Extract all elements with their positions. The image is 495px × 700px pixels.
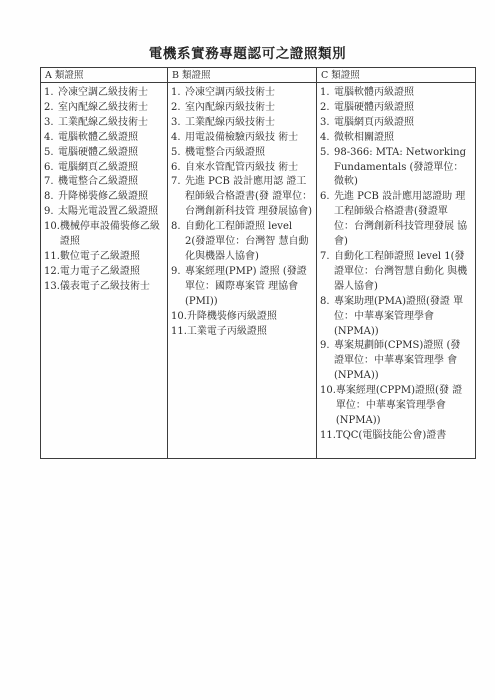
item-text: 電腦硬體丙級證照 xyxy=(334,101,470,116)
item-number: 4. xyxy=(171,131,185,146)
item-text: 用電設備檢驗丙級技 術士 xyxy=(185,131,314,146)
item-number: 3. xyxy=(44,116,58,131)
item-number: 10. xyxy=(44,220,60,235)
item-number: 13. xyxy=(44,280,60,295)
item-number: 3. xyxy=(171,116,185,131)
item-text: TQC(電腦技能公會)證書 xyxy=(336,429,470,444)
list-item: 6. 電腦網頁乙級證照 xyxy=(44,161,165,176)
list-item: 7. 先進 PCB 設計應用認 證工程師級合格證書(發 證單位：台灣創新科技管 … xyxy=(171,175,314,220)
list-item: 11. TQC(電腦技能公會)證書 xyxy=(320,429,470,444)
item-number: 1. xyxy=(320,86,334,101)
item-text: 電腦軟體丙級證照 xyxy=(334,86,470,101)
item-number: 7. xyxy=(320,250,334,265)
list-item: 9. 太陽光電設置乙級證照 xyxy=(44,205,165,220)
list-item: 4. 用電設備檢驗丙級技 術士 xyxy=(171,131,314,146)
item-number: 9. xyxy=(320,339,334,354)
item-number: 10. xyxy=(171,310,187,325)
item-text: 儀表電子乙級技術士 xyxy=(60,280,165,295)
item-number: 8. xyxy=(171,220,185,235)
column-body: 1. 電腦軟體丙級證照 2. 電腦硬體丙級證照 3. 電腦網頁丙級證照 4. 微… xyxy=(317,83,475,458)
list-item: 4. 電腦軟體乙級證照 xyxy=(44,131,165,146)
item-number: 3. xyxy=(320,116,334,131)
column-header: C 類證照 xyxy=(317,68,475,83)
list-item: 11. 數位電子乙級證照 xyxy=(44,250,165,265)
list-item: 10. 升降機裝修丙級證照 xyxy=(171,310,314,325)
item-text: 先進 PCB 設計應用認 證工程師級合格證書(發 證單位：台灣創新科技管 理發展… xyxy=(185,175,314,220)
item-number: 5. xyxy=(44,146,58,161)
item-text: 先進 PCB 設計應用認證助 理工程師級合格證書(發證單 位：台灣創新科技管理發… xyxy=(334,190,470,250)
item-text: 自動化工程師證照 level 1(發證單位：台灣智慧自動化 與機器人協會) xyxy=(334,250,470,295)
list-item: 5. 機電整合丙級證照 xyxy=(171,146,314,161)
item-number: 5. xyxy=(171,146,185,161)
item-number: 11. xyxy=(171,325,187,340)
item-number: 5. xyxy=(320,146,334,161)
item-number: 9. xyxy=(171,265,185,280)
item-number: 9. xyxy=(44,205,58,220)
item-text: 專案經理(CPPM)證照(發 證單位：中華專案管理學會 (NPMA)) xyxy=(336,384,470,429)
item-text: 專案經理(PMP) 證照 (發證單位：國際專案管 理協會(PMI)) xyxy=(185,265,314,310)
list-item: 8. 專案助理(PMA)證照(發證 單位：中華專案管理學會 (NPMA)) xyxy=(320,295,470,340)
column-body: 1. 冷凍空調丙級技術士 2. 室內配線丙級技術士 3. 工業配線丙級技術士 4… xyxy=(168,83,316,458)
list-item: 1. 冷凍空調乙級技術士 xyxy=(44,86,165,101)
list-item: 8. 自動化工程師證照 level 2(發證單位：台灣智 慧自動化與機器人協會) xyxy=(171,220,314,265)
item-text: 升降梯裝修乙級證照 xyxy=(58,190,165,205)
item-text: 升降機裝修丙級證照 xyxy=(187,310,314,325)
item-number: 6. xyxy=(44,161,58,176)
item-number: 2. xyxy=(44,101,58,116)
list-item: 3. 工業配線乙級技術士 xyxy=(44,116,165,131)
item-number: 1. xyxy=(44,86,58,101)
list-item: 7. 自動化工程師證照 level 1(發證單位：台灣智慧自動化 與機器人協會) xyxy=(320,250,470,295)
page-title: 電機系實務專題認可之證照類別 xyxy=(0,42,495,62)
list-item: 5. 98-366: MTA: Networking Fundamentals … xyxy=(320,146,470,191)
column-body: 1. 冷凍空調乙級技術士 2. 室內配線乙級技術士 3. 工業配線乙級技術士 4… xyxy=(41,83,167,458)
list-item: 9. 專案經理(PMP) 證照 (發證單位：國際專案管 理協會(PMI)) xyxy=(171,265,314,310)
list-item: 2. 室內配線乙級技術士 xyxy=(44,101,165,116)
list-item: 8. 升降梯裝修乙級證照 xyxy=(44,190,165,205)
item-text: 專案規劃師(CPMS)證照 (發證單位：中華專案管理學 會 (NPMA)) xyxy=(334,339,470,384)
item-text: 冷凍空調丙級技術士 xyxy=(185,86,314,101)
item-text: 機電整合丙級證照 xyxy=(185,146,314,161)
list-item: 3. 電腦網頁丙級證照 xyxy=(320,116,470,131)
item-number: 1. xyxy=(171,86,185,101)
item-text: 室內配線丙級技術士 xyxy=(185,101,314,116)
list-item: 9. 專案規劃師(CPMS)證照 (發證單位：中華專案管理學 會 (NPMA)) xyxy=(320,339,470,384)
list-item: 1. 冷凍空調丙級技術士 xyxy=(171,86,314,101)
item-number: 4. xyxy=(44,131,58,146)
list-item: 6. 自來水管配管丙級技 術士 xyxy=(171,161,314,176)
item-text: 太陽光電設置乙級證照 xyxy=(58,205,165,220)
item-text: 數位電子乙級證照 xyxy=(60,250,165,265)
item-text: 工業配線乙級技術士 xyxy=(58,116,165,131)
item-text: 電力電子乙級證照 xyxy=(60,265,165,280)
item-text: 工業配線丙級技術士 xyxy=(185,116,314,131)
list-item: 2. 室內配線丙級技術士 xyxy=(171,101,314,116)
list-item: 4. 微軟相關證照 xyxy=(320,131,470,146)
item-text: 自來水管配管丙級技 術士 xyxy=(185,161,314,176)
list-item: 5. 電腦硬體乙級證照 xyxy=(44,146,165,161)
item-text: 冷凍空調乙級技術士 xyxy=(58,86,165,101)
list-item: 7. 機電整合乙級證照 xyxy=(44,175,165,190)
list-item: 12. 電力電子乙級證照 xyxy=(44,265,165,280)
table-column: C 類證照 1. 電腦軟體丙級證照 2. 電腦硬體丙級證照 3. 電腦網頁丙級證… xyxy=(317,68,475,458)
item-number: 2. xyxy=(171,101,185,116)
item-number: 8. xyxy=(44,190,58,205)
list-item: 10. 專案經理(CPPM)證照(發 證單位：中華專案管理學會 (NPMA)) xyxy=(320,384,470,429)
document-page: 電機系實務專題認可之證照類別 A 類證照 1. 冷凍空調乙級技術士 2. 室內配… xyxy=(0,0,495,700)
item-number: 7. xyxy=(171,175,185,190)
list-item: 10. 機械停車設備裝修乙級證照 xyxy=(44,220,165,250)
item-number: 6. xyxy=(171,161,185,176)
column-header: B 類證照 xyxy=(168,68,316,83)
item-text: 室內配線乙級技術士 xyxy=(58,101,165,116)
item-number: 10. xyxy=(320,384,336,399)
item-text: 工業電子丙級證照 xyxy=(187,325,314,340)
item-text: 電腦軟體乙級證照 xyxy=(58,131,165,146)
item-number: 12. xyxy=(44,265,60,280)
item-text: 專案助理(PMA)證照(發證 單位：中華專案管理學會 (NPMA)) xyxy=(334,295,470,340)
list-item: 3. 工業配線丙級技術士 xyxy=(171,116,314,131)
item-number: 11. xyxy=(44,250,60,265)
item-text: 電腦網頁乙級證照 xyxy=(58,161,165,176)
item-number: 7. xyxy=(44,175,58,190)
item-number: 2. xyxy=(320,101,334,116)
table-column: B 類證照 1. 冷凍空調丙級技術士 2. 室內配線丙級技術士 3. 工業配線丙… xyxy=(168,68,317,458)
item-text: 電腦網頁丙級證照 xyxy=(334,116,470,131)
list-item: 13. 儀表電子乙級技術士 xyxy=(44,280,165,295)
list-item: 2. 電腦硬體丙級證照 xyxy=(320,101,470,116)
item-text: 電腦硬體乙級證照 xyxy=(58,146,165,161)
item-number: 11. xyxy=(320,429,336,444)
item-text: 98-366: MTA: Networking Fundamentals (發證… xyxy=(334,146,470,191)
item-number: 6. xyxy=(320,190,334,205)
item-text: 微軟相關證照 xyxy=(334,131,470,146)
item-text: 機械停車設備裝修乙級證照 xyxy=(60,220,165,250)
item-number: 8. xyxy=(320,295,334,310)
certificate-table: A 類證照 1. 冷凍空調乙級技術士 2. 室內配線乙級技術士 3. 工業配線乙… xyxy=(40,67,476,459)
item-number: 4. xyxy=(320,131,334,146)
table-column: A 類證照 1. 冷凍空調乙級技術士 2. 室內配線乙級技術士 3. 工業配線乙… xyxy=(41,68,168,458)
list-item: 6. 先進 PCB 設計應用認證助 理工程師級合格證書(發證單 位：台灣創新科技… xyxy=(320,190,470,250)
item-text: 自動化工程師證照 level 2(發證單位：台灣智 慧自動化與機器人協會) xyxy=(185,220,314,265)
list-item: 1. 電腦軟體丙級證照 xyxy=(320,86,470,101)
column-header: A 類證照 xyxy=(41,68,167,83)
item-text: 機電整合乙級證照 xyxy=(58,175,165,190)
list-item: 11. 工業電子丙級證照 xyxy=(171,325,314,340)
